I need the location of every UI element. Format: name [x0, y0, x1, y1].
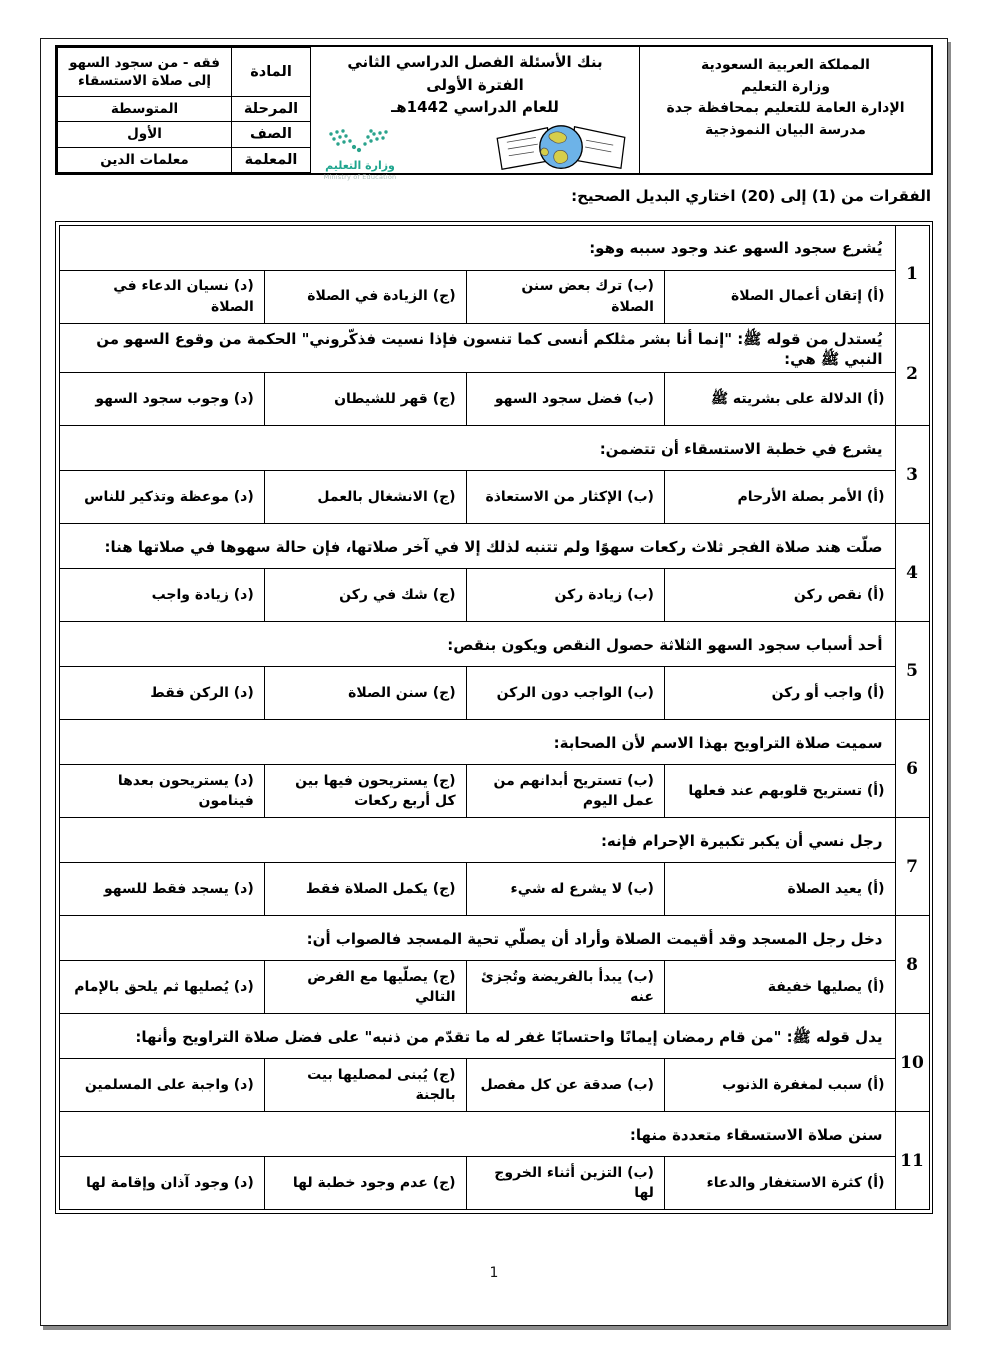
- question-stem-row: 7 رجل نسي أن يكبر تكبيرة الإحرام فإنه:: [59, 818, 929, 863]
- option-b: (ب) فضل سجود السهو: [466, 373, 664, 426]
- question-stem: صلّت هند صلاة الفجر ثلاث ركعات سهوًا ولم…: [59, 524, 895, 569]
- option-a: (أ) تستريح قلوبهم عند فعلها: [664, 765, 895, 818]
- option-c: (ج) يكمل الصلاة فقط: [264, 863, 466, 916]
- option-c: (ج) قهر للشيطان: [264, 373, 466, 426]
- question-stem-row: 11 سنن صلاة الاستسقاء متعددة منها:: [59, 1112, 929, 1157]
- option-a: (أ) الأمر بصلة الأرحام: [664, 471, 895, 524]
- question-options-row: (أ) نقص ركن (ب) زيادة ركن (ج) شك في ركن …: [59, 569, 929, 622]
- question-stem: يشرع في خطبة الاستسقاء أن تتضمن:: [59, 426, 895, 471]
- subject-label: المادة: [232, 48, 311, 97]
- ministry-logo-name: وزارة التعليم: [325, 160, 395, 172]
- info-row-grade: الصف الأول: [58, 122, 311, 147]
- questions-body: 1 يُشرع سجود السهو عند وجود سببه وهو: (أ…: [59, 225, 929, 1210]
- question-number: 2: [895, 323, 929, 426]
- option-c: (ج) الزيادة في الصلاة: [264, 270, 466, 323]
- option-a: (أ) سبب لمغفرة الذنوب: [664, 1059, 895, 1112]
- option-b: (ب) زيادة ركن: [466, 569, 664, 622]
- grade-label: الصف: [232, 122, 311, 147]
- header: المملكة العربية السعودية وزارة التعليم ا…: [55, 45, 933, 175]
- instructions-line: الفقرات من (1) إلى (20) اختاري البديل ال…: [57, 187, 931, 205]
- ministry-of-education-logo: وزارة التعليم Ministry of Education: [317, 126, 403, 180]
- question-stem: يدل قوله ﷺ: "من قام رمضان إيمانًا واحتسا…: [59, 1014, 895, 1059]
- page-frame: المملكة العربية السعودية وزارة التعليم ا…: [40, 38, 948, 1326]
- option-c: (ج) سنن الصلاة: [264, 667, 466, 720]
- question-number: 1: [895, 225, 929, 323]
- question-stem-row: 6 سميت صلاة التراويح بهذا الاسم لأن الصح…: [59, 720, 929, 765]
- teacher-label: المعلمة: [232, 147, 311, 172]
- teacher-value: معلمات الدين: [58, 147, 232, 172]
- option-b: (ب) ترك بعض سنن الصلاة: [466, 270, 664, 323]
- info-row-stage: المرحلة المتوسطة: [58, 97, 311, 122]
- option-a: (أ) إتقان أعمال الصلاة: [664, 270, 895, 323]
- option-a: (أ) يصليها خفيفة: [664, 961, 895, 1014]
- question-stem: يُشرع سجود السهو عند وجود سببه وهو:: [59, 225, 895, 270]
- option-d: (د) نسيان الدعاء في الصلاة: [59, 270, 264, 323]
- question-stem: أحد أسباب سجود السهو الثلاثة حصول النقص …: [59, 622, 895, 667]
- administration-line: الإدارة العامة للتعليم بمحافظة جدة: [640, 98, 931, 120]
- option-a: (أ) كثرة الاستغفار والدعاء: [664, 1157, 895, 1210]
- option-a: (أ) يعيد الصلاة: [664, 863, 895, 916]
- question-options-row: (أ) سبب لمغفرة الذنوب (ب) صدقة عن كل مفص…: [59, 1059, 929, 1112]
- option-a: (أ) واجب أو ركن: [664, 667, 895, 720]
- option-d: (د) الركن فقط: [59, 667, 264, 720]
- option-b: (ب) التزين أثناء الخروج لها: [466, 1157, 664, 1210]
- option-b: (ب) يبدأ بالفريضة وتُجزئ عنه: [466, 961, 664, 1014]
- question-stem-row: 2 يُستدل من قوله ﷺ: "إنما أنا بشر مثلكم …: [59, 323, 929, 373]
- logos-row: وزارة التعليم Ministry of Education: [311, 119, 639, 183]
- question-number: 3: [895, 426, 929, 524]
- question-number: 4: [895, 524, 929, 622]
- period-line: الفترة الأولى: [311, 74, 639, 97]
- option-b: (ب) صدقة عن كل مفصل: [466, 1059, 664, 1112]
- option-a: (أ) نقص ركن: [664, 569, 895, 622]
- question-bank-title: بنك الأسئلة الفصل الدراسي الثاني: [311, 47, 639, 74]
- option-b: (ب) الواجب دون الركن: [466, 667, 664, 720]
- question-stem-row: 10 يدل قوله ﷺ: "من قام رمضان إيمانًا واح…: [59, 1014, 929, 1059]
- ministry-logo-emblem-icon: [321, 126, 399, 160]
- ministry-header-block: المملكة العربية السعودية وزارة التعليم ا…: [639, 47, 931, 173]
- question-stem-row: 1 يُشرع سجود السهو عند وجود سببه وهو:: [59, 225, 929, 270]
- option-b: (ب) الإكثار من الاستعاذة: [466, 471, 664, 524]
- ministry-logo-subtitle: Ministry of Education: [324, 173, 397, 181]
- question-number: 10: [895, 1014, 929, 1112]
- stage-value: المتوسطة: [58, 97, 232, 122]
- option-c: (ج) يصلّيها مع الفرض التالي: [264, 961, 466, 1014]
- question-stem: دخل رجل المسجد وقد أقيمت الصلاة وأراد أن…: [59, 916, 895, 961]
- exam-info-table: المادة فقه - من سجود السهو إلى صلاة الاس…: [57, 47, 311, 173]
- school-globe-logo-icon: [493, 119, 629, 181]
- school-line: مدرسة البيان النموذجية: [640, 120, 931, 142]
- questions-table-wrapper: 1 يُشرع سجود السهو عند وجود سببه وهو: (أ…: [55, 221, 933, 1214]
- option-c: (ج) شك في ركن: [264, 569, 466, 622]
- question-options-row: (أ) يعيد الصلاة (ب) لا يشرع له شيء (ج) ي…: [59, 863, 929, 916]
- question-options-row: (أ) واجب أو ركن (ب) الواجب دون الركن (ج)…: [59, 667, 929, 720]
- option-c: (ج) يُبنى لمصليها بيت بالجنة: [264, 1059, 466, 1112]
- option-d: (د) يسجد فقط للسهو: [59, 863, 264, 916]
- question-stem-row: 4 صلّت هند صلاة الفجر ثلاث ركعات سهوًا و…: [59, 524, 929, 569]
- question-options-row: (أ) تستريح قلوبهم عند فعلها (ب) تستريح أ…: [59, 765, 929, 818]
- option-d: (د) وجود آذان وإقامة لها: [59, 1157, 264, 1210]
- option-b: (ب) تستريح أبدانهم من عمل اليوم: [466, 765, 664, 818]
- option-c: (ج) عدم وجود خطبة لها: [264, 1157, 466, 1210]
- info-row-subject: المادة فقه - من سجود السهو إلى صلاة الاس…: [58, 48, 311, 97]
- option-d: (د) واجبة على المسلمين: [59, 1059, 264, 1112]
- question-options-row: (أ) الدلالة على بشريته ﷺ (ب) فضل سجود ال…: [59, 373, 929, 426]
- questions-table: 1 يُشرع سجود السهو عند وجود سببه وهو: (أ…: [59, 225, 930, 1211]
- question-options-row: (أ) الأمر بصلة الأرحام (ب) الإكثار من ال…: [59, 471, 929, 524]
- exam-sheet: المملكة العربية السعودية وزارة التعليم ا…: [0, 0, 992, 1370]
- question-stem-row: 5 أحد أسباب سجود السهو الثلاثة حصول النق…: [59, 622, 929, 667]
- option-d: (د) وجوب سجود السهو: [59, 373, 264, 426]
- question-stem-row: 3 يشرع في خطبة الاستسقاء أن تتضمن:: [59, 426, 929, 471]
- option-d: (د) يُصليها ثم يلحق بالإمام: [59, 961, 264, 1014]
- ministry-line: وزارة التعليم: [640, 77, 931, 99]
- kingdom-line: المملكة العربية السعودية: [640, 55, 931, 77]
- grade-value: الأول: [58, 122, 232, 147]
- question-options-row: (أ) يصليها خفيفة (ب) يبدأ بالفريضة وتُجز…: [59, 961, 929, 1014]
- question-number: 8: [895, 916, 929, 1014]
- question-options-row: (أ) إتقان أعمال الصلاة (ب) ترك بعض سنن ا…: [59, 270, 929, 323]
- option-b: (ب) لا يشرع له شيء: [466, 863, 664, 916]
- question-stem: سنن صلاة الاستسقاء متعددة منها:: [59, 1112, 895, 1157]
- option-a: (أ) الدلالة على بشريته ﷺ: [664, 373, 895, 426]
- option-d: (د) يستريحون بعدها فينامون: [59, 765, 264, 818]
- subject-value: فقه - من سجود السهو إلى صلاة الاستسقاء: [58, 48, 232, 97]
- question-options-row: (أ) كثرة الاستغفار والدعاء (ب) التزين أث…: [59, 1157, 929, 1210]
- option-d: (د) زيادة واجب: [59, 569, 264, 622]
- question-number: 6: [895, 720, 929, 818]
- question-stem: سميت صلاة التراويح بهذا الاسم لأن الصحاب…: [59, 720, 895, 765]
- question-number: 5: [895, 622, 929, 720]
- info-row-teacher: المعلمة معلمات الدين: [58, 147, 311, 172]
- question-number: 7: [895, 818, 929, 916]
- option-d: (د) موعظة وتذكير للناس: [59, 471, 264, 524]
- stage-label: المرحلة: [232, 97, 311, 122]
- exam-title-block: بنك الأسئلة الفصل الدراسي الثاني الفترة …: [311, 47, 639, 173]
- page-number: 1: [41, 1265, 947, 1281]
- question-stem-row: 8 دخل رجل المسجد وقد أقيمت الصلاة وأراد …: [59, 916, 929, 961]
- question-number: 11: [895, 1112, 929, 1210]
- option-c: (ج) يستريحون فيها بين كل أربع ركعات: [264, 765, 466, 818]
- question-stem: رجل نسي أن يكبر تكبيرة الإحرام فإنه:: [59, 818, 895, 863]
- option-c: (ج) الانشغال بالعمل: [264, 471, 466, 524]
- question-stem: يُستدل من قوله ﷺ: "إنما أنا بشر مثلكم أن…: [59, 323, 895, 373]
- academic-year-line: للعام الدراسي 1442هـ: [311, 96, 639, 119]
